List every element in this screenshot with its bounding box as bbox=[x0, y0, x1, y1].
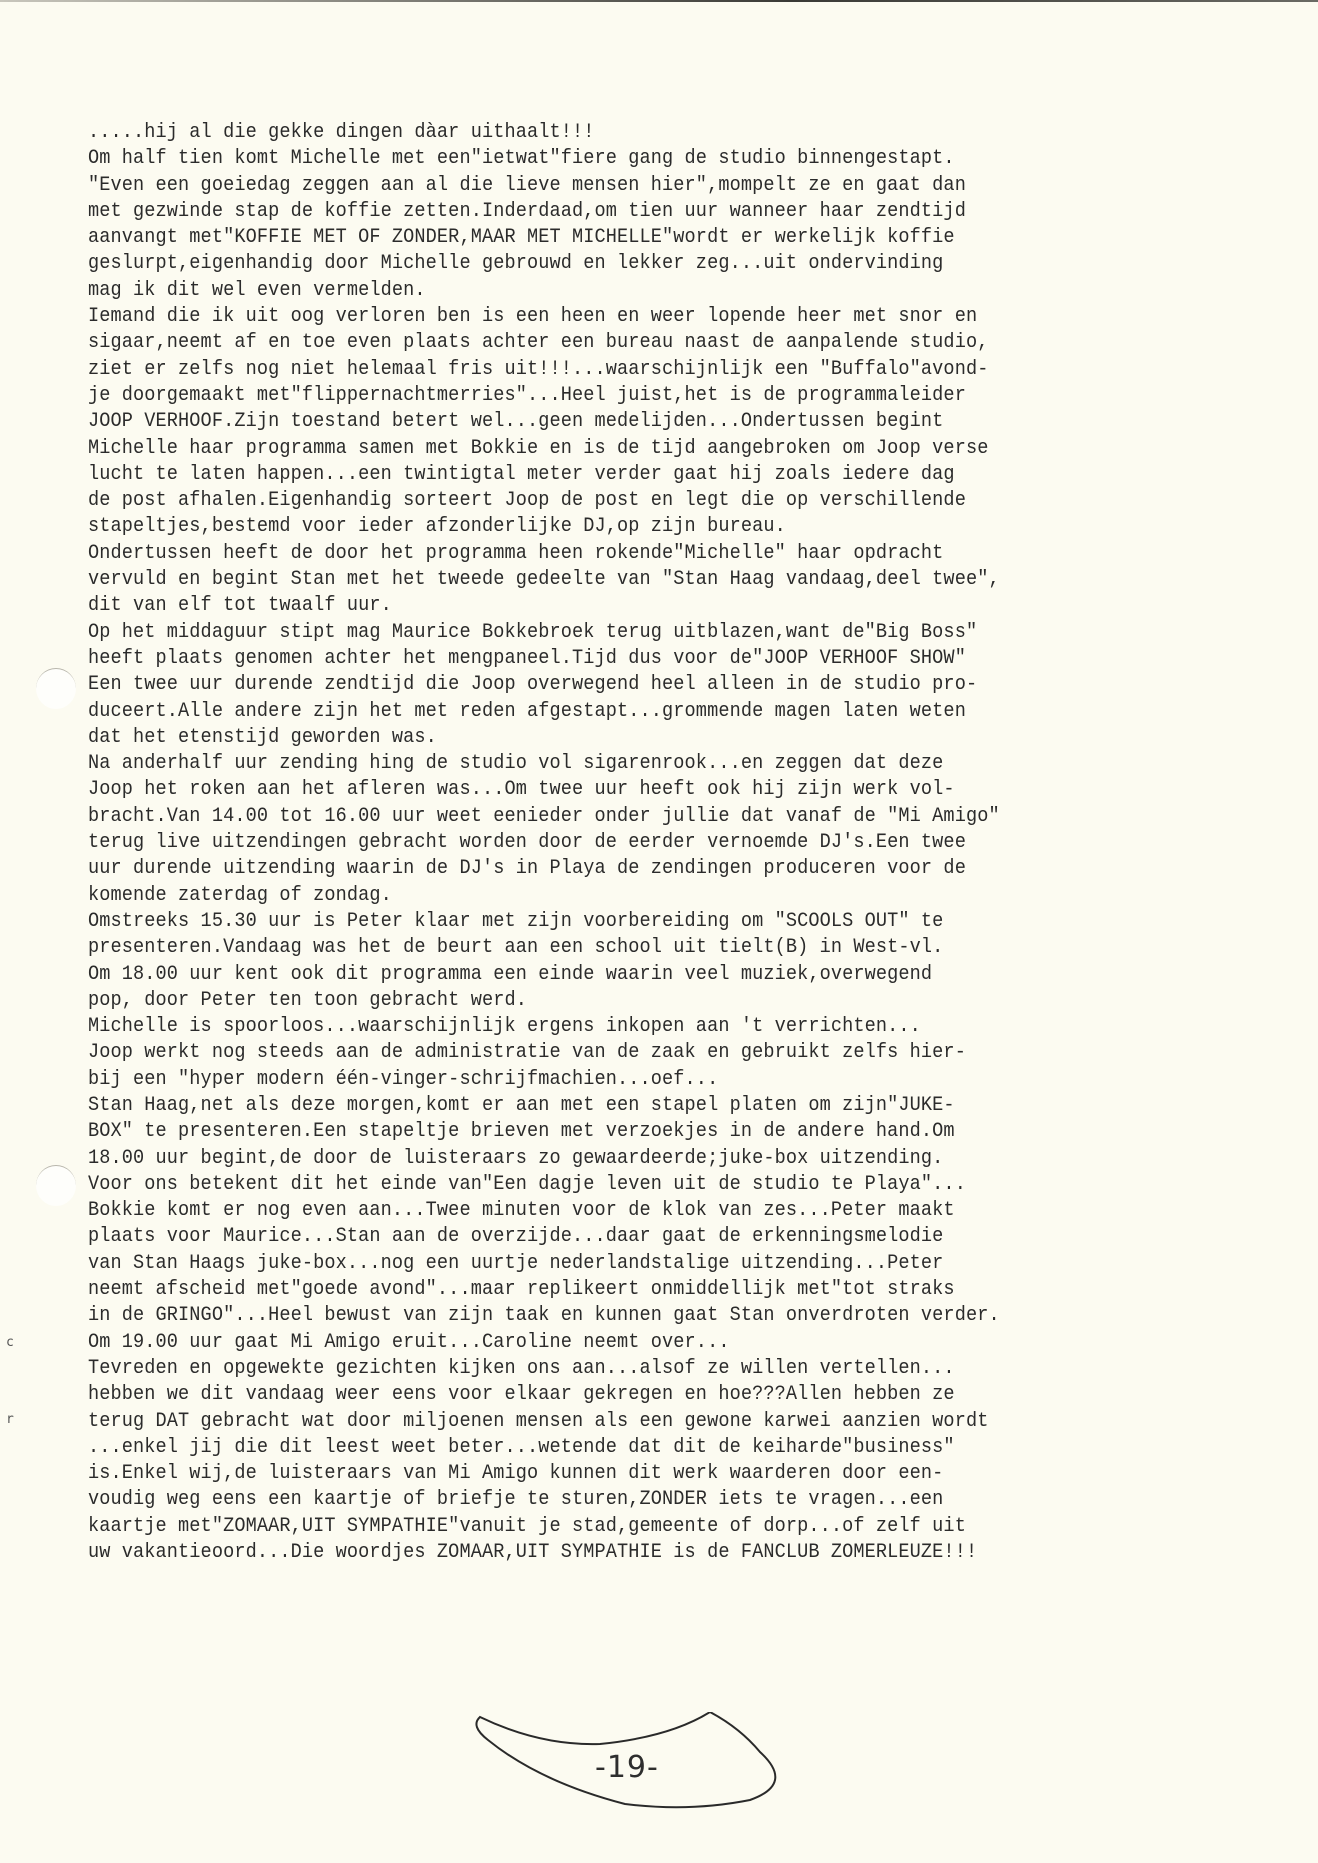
text-line: kaartje met"ZOMAAR,UIT SYMPATHIE"vanuit … bbox=[88, 1514, 1192, 1540]
text-line: Bokkie komt er nog even aan...Twee minut… bbox=[88, 1198, 1192, 1224]
text-line: Om 19.00 uur gaat Mi Amigo eruit...Carol… bbox=[88, 1330, 1192, 1356]
text-line: Iemand die ik uit oog verloren ben is ee… bbox=[88, 304, 1192, 330]
text-line: bracht.Van 14.00 tot 16.00 uur weet eeni… bbox=[88, 804, 1192, 830]
text-line: dit van elf tot twaalf uur. bbox=[88, 593, 1192, 619]
text-line: Joop werkt nog steeds aan de administrat… bbox=[88, 1040, 1192, 1066]
text-line: terug DAT gebracht wat door miljoenen me… bbox=[88, 1409, 1192, 1435]
text-line: bij een "hyper modern één-vinger-schrijf… bbox=[88, 1067, 1192, 1093]
margin-mark: r bbox=[6, 1412, 14, 1427]
text-line: uur durende uitzending waarin de DJ's in… bbox=[88, 856, 1192, 882]
text-line: presenteren.Vandaag was het de beurt aan… bbox=[88, 935, 1192, 961]
text-line: in de GRINGO"...Heel bewust van zijn taa… bbox=[88, 1303, 1192, 1329]
text-line: Michelle haar programma samen met Bokkie… bbox=[88, 436, 1192, 462]
text-line: van Stan Haags juke-box...nog een uurtje… bbox=[88, 1251, 1192, 1277]
text-line: Op het middaguur stipt mag Maurice Bokke… bbox=[88, 620, 1192, 646]
text-line: mag ik dit wel even vermelden. bbox=[88, 278, 1192, 304]
text-line: vervuld en begint Stan met het tweede ge… bbox=[88, 567, 1192, 593]
text-line: Joop het roken aan het afleren was...Om … bbox=[88, 777, 1192, 803]
text-line: ziet er zelfs nog niet helemaal fris uit… bbox=[88, 357, 1192, 383]
text-line: Michelle is spoorloos...waarschijnlijk e… bbox=[88, 1014, 1192, 1040]
document-page: c r .....hij al die gekke dingen dàar ui… bbox=[0, 0, 1318, 1863]
text-line: pop, door Peter ten toon gebracht werd. bbox=[88, 988, 1192, 1014]
text-line: Omstreeks 15.30 uur is Peter klaar met z… bbox=[88, 909, 1192, 935]
text-line: geslurpt,eigenhandig door Michelle gebro… bbox=[88, 251, 1192, 277]
text-line: dat het etenstijd geworden was. bbox=[88, 725, 1192, 751]
text-line: Om 18.00 uur kent ook dit programma een … bbox=[88, 962, 1192, 988]
text-line: plaats voor Maurice...Stan aan de overzi… bbox=[88, 1224, 1192, 1250]
page-footer: -19- bbox=[460, 1712, 780, 1822]
text-line: "Even een goeiedag zeggen aan al die lie… bbox=[88, 173, 1192, 199]
text-line: heeft plaats genomen achter het mengpane… bbox=[88, 646, 1192, 672]
text-line: lucht te laten happen...een twintigtal m… bbox=[88, 462, 1192, 488]
punch-hole-lower bbox=[36, 1165, 76, 1206]
text-line: je doorgemaakt met"flippernachtmerries".… bbox=[88, 383, 1192, 409]
text-line: JOOP VERHOOF.Zijn toestand betert wel...… bbox=[88, 409, 1192, 435]
text-line: BOX" te presenteren.Een stapeltje brieve… bbox=[88, 1119, 1192, 1145]
text-line: neemt afscheid met"goede avond"...maar r… bbox=[88, 1277, 1192, 1303]
text-line: ...enkel jij die dit leest weet beter...… bbox=[88, 1435, 1192, 1461]
text-line: sigaar,neemt af en toe even plaats achte… bbox=[88, 330, 1192, 356]
text-line: 18.00 uur begint,de door de luisteraars … bbox=[88, 1146, 1192, 1172]
text-line: met gezwinde stap de koffie zetten.Inder… bbox=[88, 199, 1192, 225]
text-line: komende zaterdag of zondag. bbox=[88, 883, 1192, 909]
text-line: uw vakantieoord...Die woordjes ZOMAAR,UI… bbox=[88, 1540, 1192, 1566]
text-line: hebben we dit vandaag weer eens voor elk… bbox=[88, 1382, 1192, 1408]
text-line: Stan Haag,net als deze morgen,komt er aa… bbox=[88, 1093, 1192, 1119]
text-line: Een twee uur durende zendtijd die Joop o… bbox=[88, 672, 1192, 698]
text-line: stapeltjes,bestemd voor ieder afzonderli… bbox=[88, 514, 1192, 540]
text-line: Tevreden en opgewekte gezichten kijken o… bbox=[88, 1356, 1192, 1382]
text-line: is.Enkel wij,de luisteraars van Mi Amigo… bbox=[88, 1461, 1192, 1487]
text-line: Ondertussen heeft de door het programma … bbox=[88, 541, 1192, 567]
text-line: duceert.Alle andere zijn het met reden a… bbox=[88, 699, 1192, 725]
margin-mark: c bbox=[6, 1335, 14, 1350]
punch-hole-upper bbox=[36, 668, 76, 709]
page-top-edge bbox=[0, 0, 1318, 2]
text-line: Na anderhalf uur zending hing de studio … bbox=[88, 751, 1192, 777]
text-line: Om half tien komt Michelle met een"ietwa… bbox=[88, 146, 1192, 172]
text-line: terug live uitzendingen gebracht worden … bbox=[88, 830, 1192, 856]
text-line: Voor ons betekent dit het einde van"Een … bbox=[88, 1172, 1192, 1198]
text-line: voudig weg eens een kaartje of briefje t… bbox=[88, 1487, 1192, 1513]
page-number: -19- bbox=[595, 1750, 659, 1785]
text-line: de post afhalen.Eigenhandig sorteert Joo… bbox=[88, 488, 1192, 514]
typewritten-body-text: .....hij al die gekke dingen dàar uithaa… bbox=[88, 120, 1192, 1566]
text-line: .....hij al die gekke dingen dàar uithaa… bbox=[88, 120, 1192, 146]
text-line: aanvangt met"KOFFIE MET OF ZONDER,MAAR M… bbox=[88, 225, 1192, 251]
